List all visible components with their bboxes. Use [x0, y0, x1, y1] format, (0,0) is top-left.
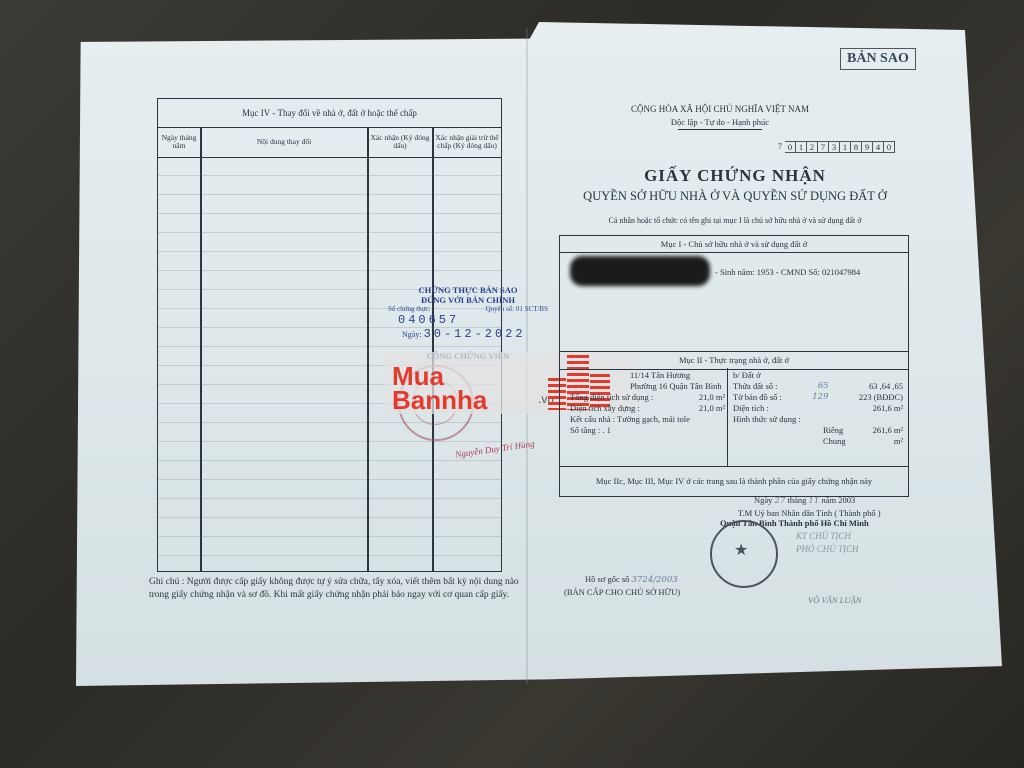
watermark-logo: Mua Bannha — [392, 364, 487, 412]
motto: Độc lập - Tự do - Hạnh phúc — [600, 117, 840, 127]
col-date: Ngày tháng năm — [158, 127, 200, 158]
owner-info: - Sinh năm: 1953 - CMND Số: 021047984 — [715, 267, 860, 277]
intro-text: Cá nhân hoặc tổ chức có tên ghi tại mục … — [560, 216, 910, 225]
copy-badge: BẢN SAO — [840, 48, 916, 70]
certification-number: 040657 — [388, 313, 548, 327]
certificate-sections: Mục I - Chủ sở hữu nhà ở và sử dụng đất … — [559, 235, 909, 497]
sections-footer-note: Mục IIc, Mục III, Mục IV ở các trang sau… — [560, 466, 908, 495]
land-info: b/ Đất ở Thửa đất số :6563 ,64 ,65 Tờ bả… — [733, 370, 903, 447]
issue-date: Ngày 27 tháng 11 năm 2003 — [754, 495, 855, 506]
certificate-title: GIẤY CHỨNG NHẬN — [560, 166, 910, 186]
col-content: Nội dung thay đổi — [201, 127, 367, 158]
authority-line-1: T.M Uỷ ban Nhân dân Tỉnh ( Thành phố ) — [738, 508, 881, 518]
section-iv-title: Mục IV - Thay đổi về nhà ở, đất ở hoặc t… — [158, 99, 501, 128]
state-seal-icon — [710, 520, 778, 588]
section-ii-title: Mục II - Thực trạng nhà ở, đất ở — [560, 351, 908, 370]
col-confirm: Xác nhận (Ký đóng dấu) — [368, 127, 432, 158]
serial-number: 70127318940 — [775, 141, 895, 153]
nation-header: CỘNG HÒA XÃ HỘI CHỦ NGHĨA VIỆT NAM — [600, 104, 840, 114]
certification-date: 30-12-2022 — [424, 327, 526, 341]
file-number: Hồ sơ gốc số 3724/2003 — [585, 574, 678, 585]
section-i-title: Mục I - Chủ sở hữu nhà ở và sử dụng đất … — [560, 236, 908, 253]
certificate-subtitle: QUYỀN SỞ HỮU NHÀ Ở VÀ QUYỀN SỬ DỤNG ĐẤT … — [560, 189, 910, 204]
note-text: Ghi chú : Người được cấp giấy không được… — [149, 576, 519, 602]
issued-for: (BẢN CẤP CHO CHỦ SỞ HỮU) — [564, 587, 680, 597]
signer-name: VÕ VĂN LUẬN — [808, 595, 861, 605]
redacted-owner-name — [570, 256, 710, 286]
col-release: Xác nhận giải trừ thế chấp (Ký đóng dấu) — [433, 127, 501, 158]
signer-role: KT CHỦ TỊCH PHÓ CHỦ TỊCH — [796, 530, 859, 556]
copy-certification-stamp: CHỨNG THỰC BẢN SAO ĐÚNG VỚI BẢN CHÍNH Số… — [388, 285, 548, 361]
house-info: 11/14 Tân Hương Phường 16 Quận Tân Bình … — [570, 370, 725, 436]
